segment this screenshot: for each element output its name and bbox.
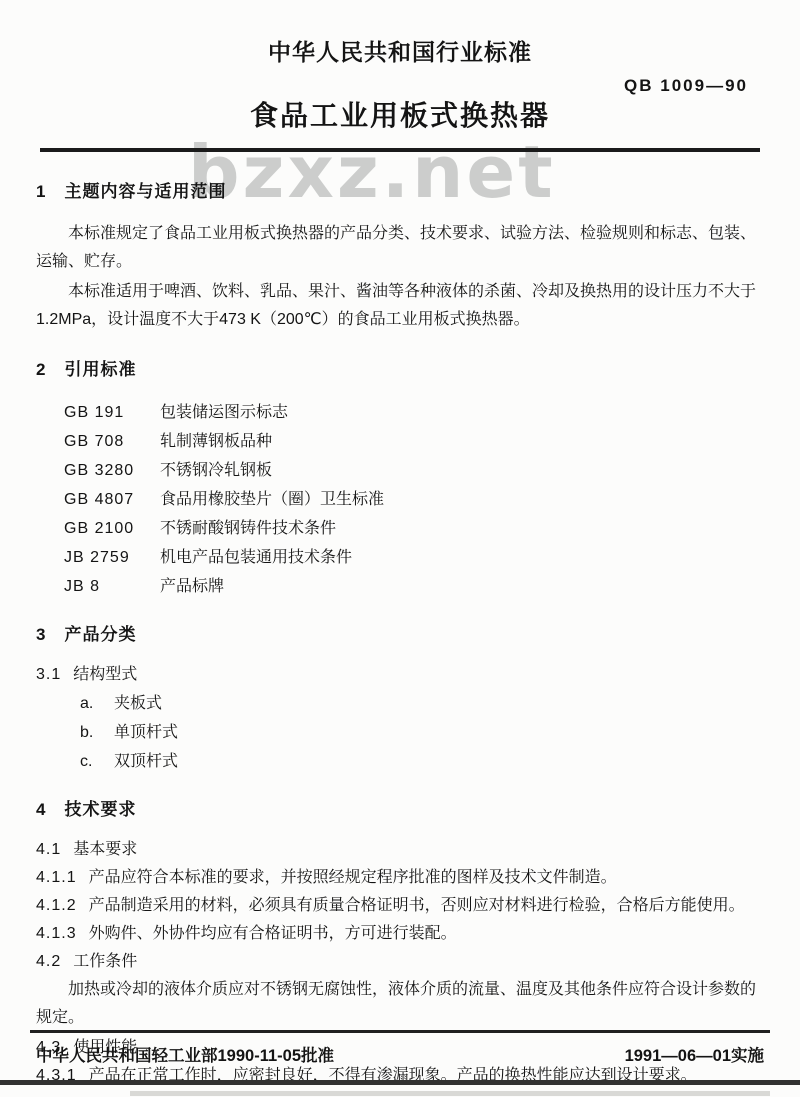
standard-type-heading: 中华人民共和国行业标准 bbox=[0, 34, 800, 67]
clause-4-2: 4.2工作条件 bbox=[36, 948, 766, 976]
document-content-layer: 中华人民共和国行业标准 QB 1009—90 食品工业用板式换热器 1主题内容与… bbox=[0, 0, 800, 1097]
clause-4-3-1: 4.3.1产品在正常工作时，应密封良好，不得有渗漏现象。产品的换热性能应达到设计… bbox=[36, 1062, 766, 1090]
clause-number: 4.1 bbox=[36, 841, 61, 858]
clause-4-1: 4.1基本要求 bbox=[36, 836, 766, 864]
clause-4-1-2: 4.1.2产品制造采用的材料，必须具有质量合格证明书，否则应对材料进行检验，合格… bbox=[36, 892, 766, 920]
clause-4-1-3: 4.1.3外购件、外协件均应有合格证明书，方可进行装配。 bbox=[36, 920, 766, 948]
page-title: 食品工业用板式换热器 bbox=[0, 94, 800, 134]
document-page: bzxz.net 中华人民共和国行业标准 QB 1009—90 食品工业用板式换… bbox=[0, 0, 800, 1097]
section-1-title: 主题内容与适用范围 bbox=[64, 182, 226, 201]
clause-text: 产品应符合本标准的要求，并按照经规定程序批准的图样及技术文件制造。 bbox=[89, 869, 617, 886]
references-list: GB 191包装储运图示标志 GB 708轧制薄钢板品种 GB 3280不锈钢冷… bbox=[64, 398, 766, 601]
clause-4-1-1: 4.1.1产品应符合本标准的要求，并按照经规定程序批准的图样及技术文件制造。 bbox=[36, 864, 766, 892]
reference-title: 包装储运图示标志 bbox=[160, 398, 288, 427]
section-4-title: 技术要求 bbox=[64, 800, 136, 819]
clause-text: 外购件、外协件均应有合格证明书，方可进行装配。 bbox=[89, 925, 457, 942]
clause-4-2-paragraph: 加热或冷却的液体介质应对不锈钢无腐蚀性，液体介质的流量、温度及其他条件应符合设计… bbox=[36, 976, 766, 1032]
reference-code: GB 4807 bbox=[64, 485, 160, 514]
section-2-title: 引用标准 bbox=[64, 360, 136, 379]
section-3-number: 3 bbox=[36, 625, 46, 644]
bottom-rule-light bbox=[130, 1091, 770, 1096]
clause-3-1-heading: 3.1结构型式 bbox=[36, 661, 766, 689]
reference-code: GB 708 bbox=[64, 427, 160, 456]
reference-code: JB 8 bbox=[64, 572, 160, 601]
reference-code: GB 191 bbox=[64, 398, 160, 427]
clause-3-1-number: 3.1 bbox=[36, 666, 61, 683]
footer: 中华人民共和国轻工业部1990-11-05批准 1991—06—01实施 bbox=[36, 1042, 764, 1066]
clause-text: 工作条件 bbox=[73, 953, 137, 970]
reference-row: GB 191包装储运图示标志 bbox=[64, 398, 766, 427]
structure-type-list: a.夹板式 b.单顶杆式 c.双顶杆式 bbox=[80, 689, 766, 776]
section-1-heading: 1主题内容与适用范围 bbox=[36, 178, 766, 206]
reference-row: GB 4807食品用橡胶垫片（圈）卫生标准 bbox=[64, 485, 766, 514]
reference-title: 轧制薄钢板品种 bbox=[160, 427, 272, 456]
list-item-text: 夹板式 bbox=[114, 695, 162, 712]
list-item: a.夹板式 bbox=[80, 689, 766, 718]
list-item-text: 单顶杆式 bbox=[114, 724, 178, 741]
reference-row: GB 2100不锈耐酸钢铸件技术条件 bbox=[64, 514, 766, 543]
reference-title: 不锈钢冷轧钢板 bbox=[160, 456, 272, 485]
reference-row: GB 3280不锈钢冷轧钢板 bbox=[64, 456, 766, 485]
footer-approval-date: 中华人民共和国轻工业部1990-11-05批准 bbox=[36, 1042, 334, 1066]
section-2-heading: 2引用标准 bbox=[36, 356, 766, 384]
document-body: 1主题内容与适用范围 本标准规定了食品工业用板式换热器的产品分类、技术要求、试验… bbox=[36, 178, 766, 1090]
clause-number: 4.1.3 bbox=[36, 925, 77, 942]
reference-title: 产品标牌 bbox=[160, 572, 224, 601]
clause-3-1-title: 结构型式 bbox=[73, 666, 137, 683]
footer-implementation-date: 1991—06—01实施 bbox=[625, 1042, 764, 1066]
clause-number: 4.2 bbox=[36, 953, 61, 970]
clause-number: 4.1.1 bbox=[36, 869, 77, 886]
reference-row: JB 8产品标牌 bbox=[64, 572, 766, 601]
clause-text: 基本要求 bbox=[73, 841, 137, 858]
clause-number: 4.1.2 bbox=[36, 897, 77, 914]
reference-title: 不锈耐酸钢铸件技术条件 bbox=[160, 514, 336, 543]
reference-code: GB 3280 bbox=[64, 456, 160, 485]
section-3-title: 产品分类 bbox=[64, 625, 136, 644]
reference-title: 食品用橡胶垫片（圈）卫生标准 bbox=[160, 485, 384, 514]
scope-paragraph-1: 本标准规定了食品工业用板式换热器的产品分类、技术要求、试验方法、检验规则和标志、… bbox=[36, 220, 766, 276]
footer-divider bbox=[30, 1030, 770, 1033]
list-item-text: 双顶杆式 bbox=[114, 753, 178, 770]
section-4-heading: 4技术要求 bbox=[36, 796, 766, 824]
bottom-rule-dark bbox=[0, 1080, 800, 1085]
list-item-label: b. bbox=[80, 718, 114, 747]
scope-paragraph-2: 本标准适用于啤酒、饮料、乳品、果汁、酱油等各种液体的杀菌、冷却及换热用的设计压力… bbox=[36, 278, 766, 334]
list-item: b.单顶杆式 bbox=[80, 718, 766, 747]
reference-row: JB 2759机电产品包装通用技术条件 bbox=[64, 543, 766, 572]
title-divider bbox=[40, 148, 760, 152]
section-3-heading: 3产品分类 bbox=[36, 621, 766, 649]
clause-text: 产品制造采用的材料，必须具有质量合格证明书，否则应对材料进行检验，合格后方能使用… bbox=[89, 897, 745, 914]
reference-code: JB 2759 bbox=[64, 543, 160, 572]
standard-number: QB 1009—90 bbox=[624, 76, 748, 96]
reference-row: GB 708轧制薄钢板品种 bbox=[64, 427, 766, 456]
reference-code: GB 2100 bbox=[64, 514, 160, 543]
list-item: c.双顶杆式 bbox=[80, 747, 766, 776]
list-item-label: c. bbox=[80, 747, 114, 776]
list-item-label: a. bbox=[80, 689, 114, 718]
section-4-number: 4 bbox=[36, 800, 46, 819]
section-2-number: 2 bbox=[36, 360, 46, 379]
section-1-number: 1 bbox=[36, 182, 46, 201]
reference-title: 机电产品包装通用技术条件 bbox=[160, 543, 352, 572]
